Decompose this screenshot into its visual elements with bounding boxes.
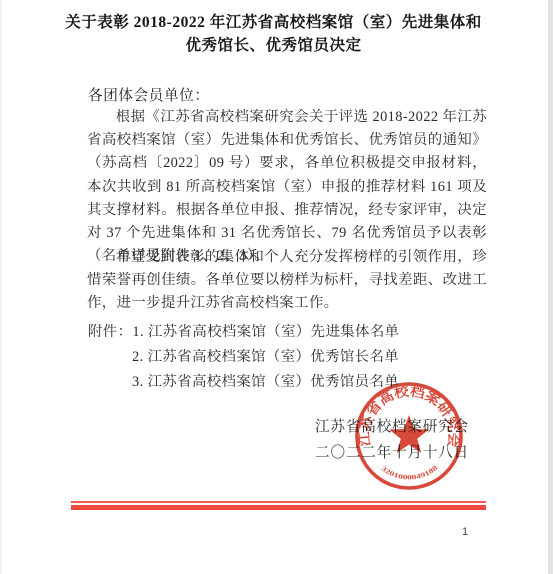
issuer-name: 江苏省高校档案研究会	[315, 415, 469, 441]
footer-divider-thin-line	[71, 501, 486, 503]
salutation: 各团体会员单位：	[88, 84, 210, 105]
title-line-1: 关于表彰 2018-2022 年江苏省高校档案馆（室）先进集体和	[40, 11, 507, 34]
attachments-list: 附件：1. 江苏省高校档案馆（室）先进集体名单 2. 江苏省高校档案馆（室）优秀…	[88, 320, 488, 395]
attachment-item-2: 2. 江苏省高校档案馆（室）优秀馆长名单	[88, 345, 488, 370]
issue-date: 二〇二二年十月十八日	[315, 441, 469, 467]
body-paragraph-1: 根据《江苏省高校档案研究会关于评选 2018-2022 年江苏省高校档案馆（室）…	[87, 106, 487, 268]
attachment-item-3: 3. 江苏省高校档案馆（室）优秀馆员名单	[88, 370, 488, 395]
seal-serial-number: 3201000049188	[380, 464, 440, 482]
document-title: 关于表彰 2018-2022 年江苏省高校档案馆（室）先进集体和 优秀馆长、优秀…	[40, 11, 507, 57]
attachments-label: 附件：	[88, 324, 132, 340]
body-paragraph-2: 希望受到表彰的集体和个人充分发挥榜样的引领作用，珍惜荣誉再创佳绩。各单位要以榜样…	[87, 246, 487, 316]
attachment-item-1: 附件：1. 江苏省高校档案馆（室）先进集体名单	[88, 320, 488, 345]
footer-red-divider	[71, 501, 486, 510]
attachment-item-1-text: 1. 江苏省高校档案馆（室）先进集体名单	[132, 324, 399, 340]
footer-divider-thick-line	[71, 505, 486, 510]
title-line-2: 优秀馆长、优秀馆员决定	[40, 34, 507, 57]
scan-edge-right	[548, 0, 553, 574]
signature-block: 江苏省高校档案研究会 二〇二二年十月十八日	[315, 415, 469, 466]
page-number: 1	[462, 526, 468, 538]
document-page: 关于表彰 2018-2022 年江苏省高校档案馆（室）先进集体和 优秀馆长、优秀…	[0, 0, 553, 574]
scan-edge-left	[0, 0, 2, 574]
